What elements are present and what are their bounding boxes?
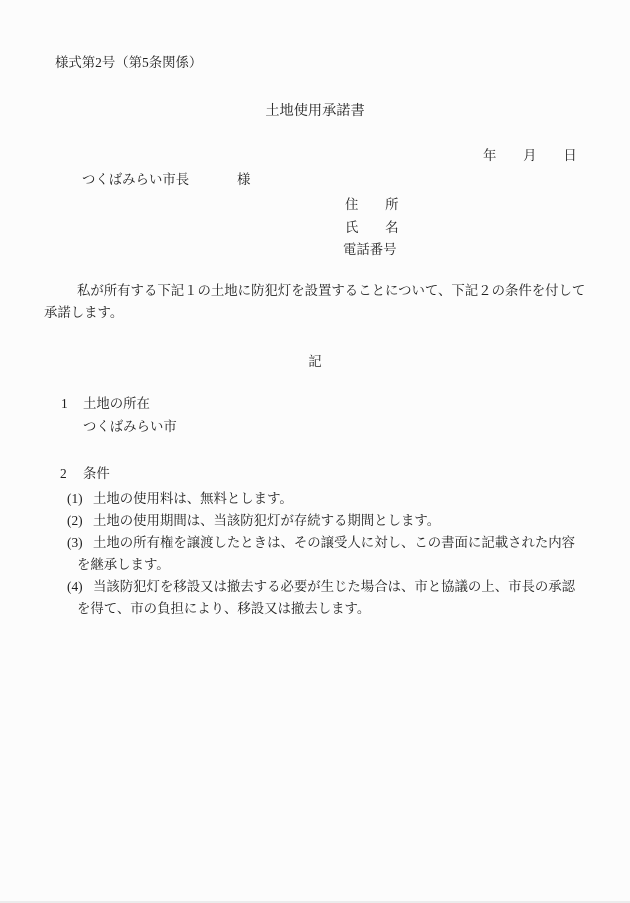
addressee-honorific: 様 <box>237 172 250 187</box>
name-label: 氏 名 <box>345 220 399 235</box>
condition-item-3-marker: (3) <box>67 535 83 550</box>
condition-item-3-continuation: を継承します。 <box>77 557 170 572</box>
phone-label: 電話番号 <box>343 242 397 257</box>
address-label: 住 所 <box>345 197 399 212</box>
condition-item-1-marker: (1) <box>67 491 83 506</box>
condition-item-2-text: 土地の使用期間は、当該防犯灯が存続する期間とします。 <box>93 513 440 528</box>
condition-item-4-continuation: を得て、市の負担により、移設又は撤去します。 <box>77 601 370 616</box>
condition-item-2-marker: (2) <box>67 513 83 528</box>
section-1-heading: 土地の所在 <box>83 396 150 411</box>
page-title: 土地使用承諾書 <box>0 104 630 119</box>
document-page: 様式第2号（第5条関係） 土地使用承諾書 年 月 日 つくばみらい市長 様 住 … <box>0 0 630 903</box>
record-marker: 記 <box>0 354 630 369</box>
condition-item-1-text: 土地の使用料は、無料とします。 <box>93 491 293 506</box>
addressee-name: つくばみらい市長 <box>82 172 189 187</box>
form-number: 様式第2号（第5条関係） <box>55 55 202 70</box>
body-paragraph-line-1: 私が所有する下記１の土地に防犯灯を設置することについて、下記２の条件を付して <box>77 283 585 298</box>
condition-item-4-marker: (4) <box>67 579 83 594</box>
section-2-heading: 条件 <box>83 466 110 481</box>
condition-item-3-text: 土地の所有権を譲渡したときは、その譲受人に対し、この書面に記載された内容 <box>93 535 575 550</box>
body-paragraph-line-2: 承諾します。 <box>44 305 123 320</box>
section-2-number: 2 <box>60 466 67 481</box>
section-1-value: つくばみらい市 <box>83 419 177 434</box>
condition-item-4-text: 当該防犯灯を移設又は撤去する必要が生じた場合は、市と協議の上、市長の承認 <box>93 579 575 594</box>
section-1-number: 1 <box>61 396 68 411</box>
date-line: 年 月 日 <box>483 148 577 163</box>
